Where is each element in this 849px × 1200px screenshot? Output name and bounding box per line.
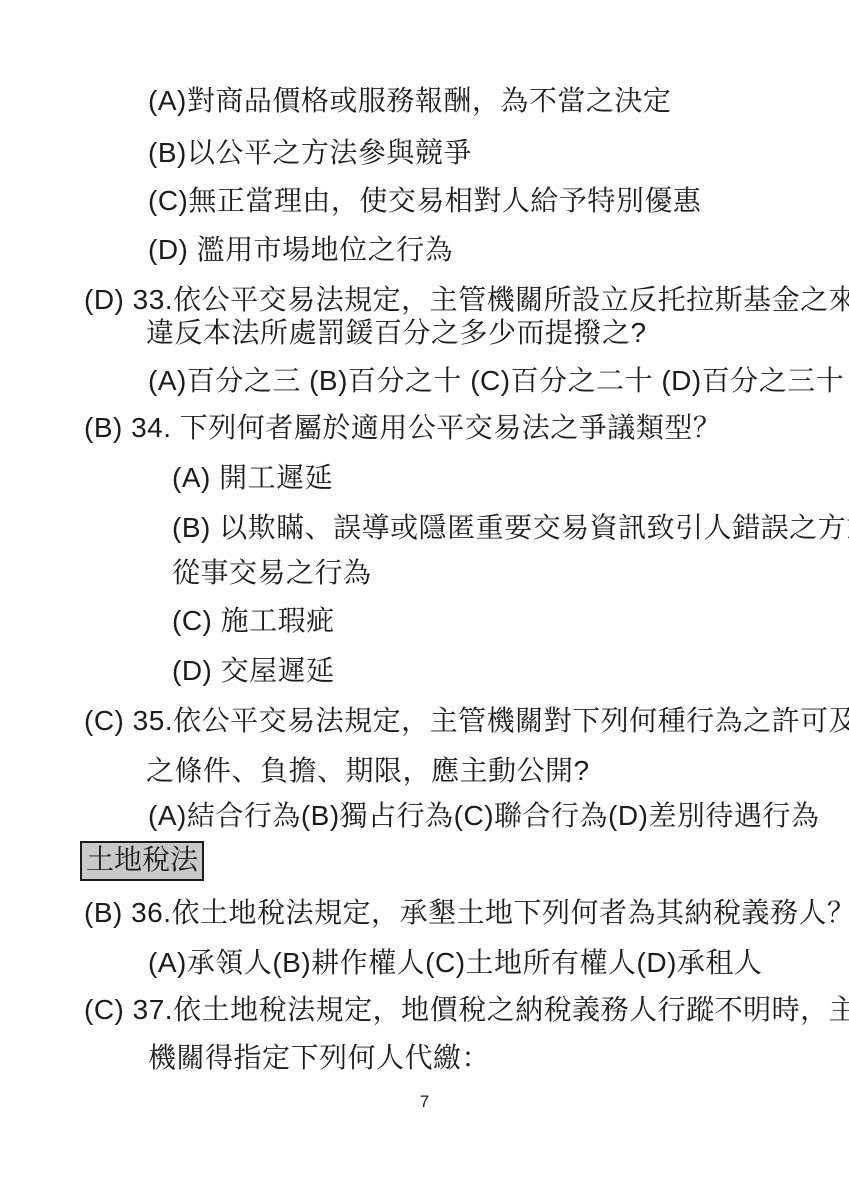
answer-and-number: (B) 36.	[84, 897, 172, 928]
answer-and-number: (C) 37.	[84, 994, 173, 1025]
page-number: 7	[0, 1092, 849, 1112]
question-line: (C) 37.依土地稅法規定，地價稅之納稅義務人行蹤不明時，主管稽徵	[84, 993, 849, 1027]
question-stem: 依土地稅法規定，承墾土地下列何者為其納稅義務人？	[172, 897, 849, 928]
question-stem: 依公平交易法規定，主管機關對下列何種行為之許可及其有關	[173, 705, 849, 736]
question-line: (C) 35.依公平交易法規定，主管機關對下列何種行為之許可及其有關	[84, 704, 849, 738]
question-stem: 依土地稅法規定，地價稅之納稅義務人行蹤不明時，主管稽徵	[173, 994, 849, 1025]
options-line: (A)百分之三 (B)百分之十 (C)百分之二十 (D)百分之三十	[148, 364, 844, 398]
option-line: (D) 濫用市場地位之行為	[148, 233, 453, 267]
question-continuation-line: 之條件、負擔、期限，應主動公開?	[146, 754, 590, 788]
question-continuation-line: 機關得指定下列何人代繳：	[148, 1041, 490, 1075]
question-continuation-line: 違反本法所處罰鍰百分之多少而提撥之?	[146, 316, 647, 350]
question-stem: 依公平交易法規定，主管機關所設立反托拉斯基金之來源，以	[173, 284, 849, 315]
option-continuation-line: 從事交易之行為	[172, 556, 372, 590]
option-line: (B) 以欺瞞、誤導或隱匿重要交易資訊致引人錯誤之方式，	[172, 511, 849, 545]
question-line: (D) 33.依公平交易法規定，主管機關所設立反托拉斯基金之來源，以	[84, 283, 849, 317]
question-stem: 下列何者屬於適用公平交易法之爭議類型？	[172, 412, 722, 443]
answer-and-number: (C) 35.	[84, 705, 173, 736]
answer-and-number: (B) 34.	[84, 412, 172, 443]
option-line: (D) 交屋遲延	[172, 654, 335, 688]
answer-and-number: (D) 33.	[84, 284, 173, 315]
options-line: (A)承領人(B)耕作權人(C)土地所有權人(D)承租人	[148, 946, 762, 980]
option-line: (C)無正當理由，使交易相對人給予特別優惠	[148, 184, 701, 218]
options-line: (A)結合行為(B)獨占行為(C)聯合行為(D)差別待遇行為	[148, 799, 819, 833]
document-page: { "doc": { "prev_options": [ "(A)對商品價格或服…	[0, 0, 849, 1200]
question-line: (B) 34. 下列何者屬於適用公平交易法之爭議類型？	[84, 411, 721, 445]
option-line: (B)以公平之方法參與競爭	[148, 136, 472, 170]
option-line: (C) 施工瑕疵	[172, 604, 335, 638]
question-line: (B) 36.依土地稅法規定，承墾土地下列何者為其納稅義務人？	[84, 896, 849, 930]
option-line: (A)對商品價格或服務報酬，為不當之決定	[148, 84, 671, 118]
option-line: (A) 開工遲延	[172, 461, 333, 495]
section-header: 土地稅法	[80, 841, 204, 881]
